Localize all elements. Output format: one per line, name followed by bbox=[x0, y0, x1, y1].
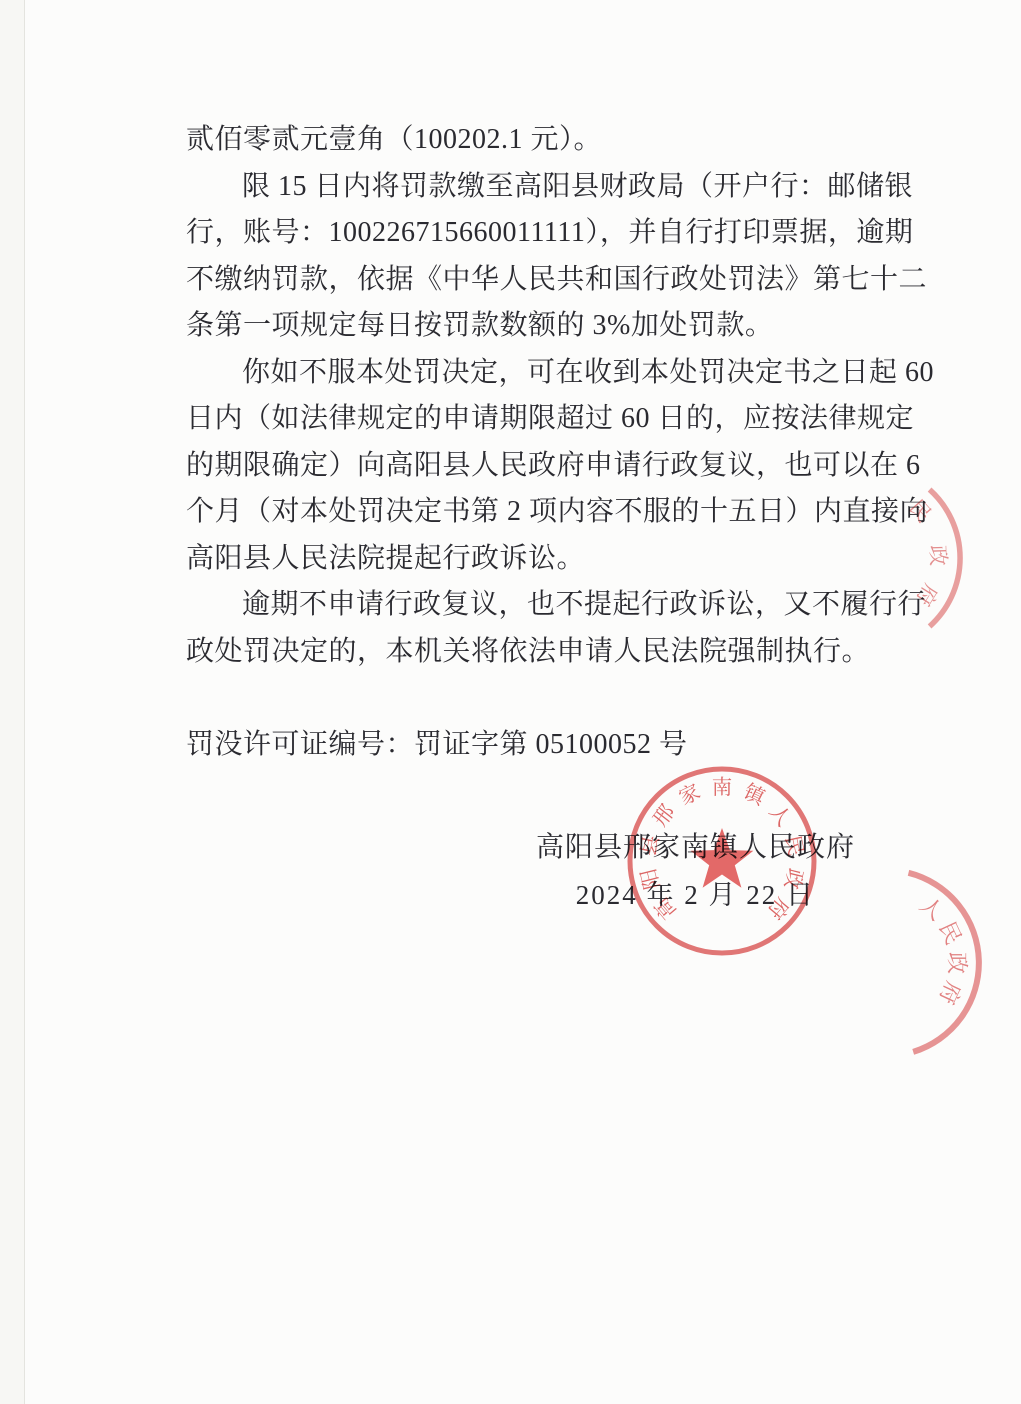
text-line: 逾期不申请行政复议，也不提起行政诉讼，又不履行行 bbox=[186, 582, 882, 629]
partial-seal-bottom: 人 民 政 府 bbox=[850, 855, 1021, 1075]
svg-text:邢: 邢 bbox=[650, 801, 680, 831]
svg-text:县: 县 bbox=[637, 833, 664, 858]
text-line: 你如不服本处罚决定，可在收到本处罚决定书之日起 60 bbox=[186, 350, 882, 397]
svg-text:民: 民 bbox=[781, 833, 808, 858]
svg-text:民: 民 bbox=[934, 918, 966, 949]
scan-edge-strip bbox=[0, 0, 25, 1404]
svg-text:阳: 阳 bbox=[637, 866, 664, 891]
svg-text:人: 人 bbox=[765, 801, 796, 831]
svg-text:镇: 镇 bbox=[740, 780, 770, 810]
text-line: 行，账号：100226715660011111），并自行打印票据，逾期 bbox=[186, 210, 882, 257]
svg-text:高: 高 bbox=[650, 893, 681, 923]
text-line: 条第一项规定每日按罚款数额的 3%加处罚款。 bbox=[186, 303, 882, 350]
svg-text:府: 府 bbox=[934, 978, 966, 1009]
official-seal: 高 阳 县 邢 家 南 镇 人 民 政 府 bbox=[612, 751, 832, 971]
paragraph: 限 15 日内将罚款缴至高阳县财政局（开户行：邮储银 行，账号：10022671… bbox=[186, 164, 882, 350]
svg-text:府: 府 bbox=[911, 580, 942, 611]
svg-text:政: 政 bbox=[926, 545, 951, 567]
svg-text:家: 家 bbox=[676, 780, 705, 810]
paragraph: 你如不服本处罚决定，可在收到本处罚决定书之日起 60 日内（如法律规定的申请期限… bbox=[186, 350, 882, 583]
text-line: 的期限确定）向高阳县人民政府申请行政复议，也可以在 6 bbox=[186, 443, 882, 490]
text-line: 不缴纳罚款，依据《中华人民共和国行政处罚法》第七十二 bbox=[186, 257, 882, 304]
text-line: 限 15 日内将罚款缴至高阳县财政局（开户行：邮储银 bbox=[186, 164, 882, 211]
paragraph: 逾期不申请行政复议，也不提起行政诉讼，又不履行行 政处罚决定的，本机关将依法申请… bbox=[186, 582, 882, 675]
svg-text:人: 人 bbox=[915, 892, 948, 925]
paragraph: 贰佰零贰元壹角（100202.1 元）。 bbox=[186, 117, 882, 164]
text-line: 高阳县人民法院提起行政诉讼。 bbox=[186, 536, 882, 583]
text-line: 个月（对本处罚决定书第 2 项内容不服的十五日）内直接向 bbox=[186, 489, 882, 536]
text-line: 政处罚决定的，本机关将依法申请人民法院强制执行。 bbox=[186, 629, 882, 676]
text-line: 日内（如法律规定的申请期限超过 60 日的，应按法律规定 bbox=[186, 396, 882, 443]
svg-text:民: 民 bbox=[904, 495, 936, 527]
svg-text:政: 政 bbox=[780, 866, 807, 891]
scanned-document-page: 贰佰零贰元壹角（100202.1 元）。 限 15 日内将罚款缴至高阳县财政局（… bbox=[0, 0, 1021, 1404]
svg-text:南: 南 bbox=[712, 776, 733, 799]
star-icon bbox=[691, 828, 754, 888]
svg-text:政: 政 bbox=[945, 952, 970, 974]
partial-seal-top: 民 政 府 bbox=[855, 455, 1021, 665]
text-line: 贰佰零贰元壹角（100202.1 元）。 bbox=[186, 117, 882, 164]
svg-text:府: 府 bbox=[763, 893, 794, 923]
